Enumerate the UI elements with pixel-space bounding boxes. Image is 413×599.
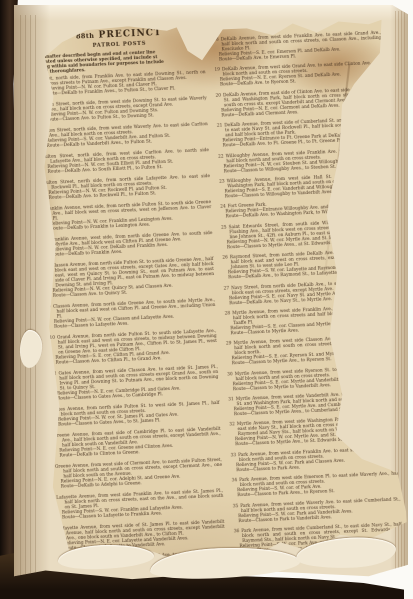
post-number: 23: [219, 179, 227, 184]
post-number: 36: [234, 529, 242, 534]
patrol-post-entry: 9Classon Avenue, from north side Greene …: [48, 298, 216, 330]
patrol-post-entry: 7Franklin Avenue, west side, from north …: [45, 231, 213, 258]
patrol-post-entry: Greene Avenue, from west side of Clermon…: [55, 458, 223, 490]
post-number: 30: [227, 372, 235, 377]
patrol-post-entry: Fulton Street, north side, from west sid…: [40, 96, 208, 123]
post-number: 29: [226, 342, 234, 347]
post-number: 27: [224, 286, 232, 291]
post-number: 32: [229, 423, 237, 428]
gutter-creases: [20, 15, 36, 575]
post-number: 25: [221, 225, 229, 230]
patrol-post-entry: Lafayette Avenue, from west side Frankli…: [56, 489, 224, 521]
post-number: 26: [222, 255, 230, 260]
patrol-post-entry: Gates Avenue, from north side Fulton St.…: [53, 401, 221, 428]
post-number: 19: [214, 68, 222, 73]
patrol-post-entry: 10Grand Avenue, from north side Fulton S…: [49, 329, 217, 366]
patrol-post-entry: Fulton Street, north side, from west sid…: [41, 122, 209, 149]
post-number: 20: [215, 93, 223, 98]
patrol-post-entry: Street, north side, from Franklin Ave. t…: [39, 70, 207, 97]
patrol-post-entry: 11Gates Avenue, from west side Classon A…: [51, 365, 219, 402]
post-number: 34: [232, 478, 240, 483]
patrol-post-entry: Fulton Street, north side, from west sid…: [42, 148, 210, 175]
post-number: 33: [231, 453, 239, 458]
patrol-post-entry: Greene Avenue, from east side of Cambrid…: [54, 427, 222, 459]
patrol-post-entry: 8Classon Avenue, from north side Fulton …: [46, 257, 214, 299]
patrol-post-entry: 18DeKalb Avenue, from west side Franklin…: [213, 31, 382, 63]
post-number: 22: [218, 154, 226, 159]
left-column: Street, north side, from Franklin Ave. t…: [39, 70, 227, 584]
patrol-post-entry: Franklin Avenue, west side, from north s…: [44, 200, 212, 232]
patrol-post-entry: Fulton Street, north side, from north si…: [43, 174, 211, 201]
post-number: 28: [225, 311, 233, 316]
post-number: 31: [228, 397, 236, 402]
patrol-post-entry: 35Park Avenue, from west side Waverly Av…: [233, 497, 402, 524]
post-number: 21: [217, 124, 225, 129]
patrol-post-entry: 34Park Avenue, from west side Emerson Pl…: [232, 472, 401, 499]
book-photo: 88th PRECINCT PATROL POSTS einafter desc…: [0, 0, 413, 599]
precinct-word: PRECINCT: [98, 28, 162, 41]
post-number: 35: [233, 504, 241, 509]
